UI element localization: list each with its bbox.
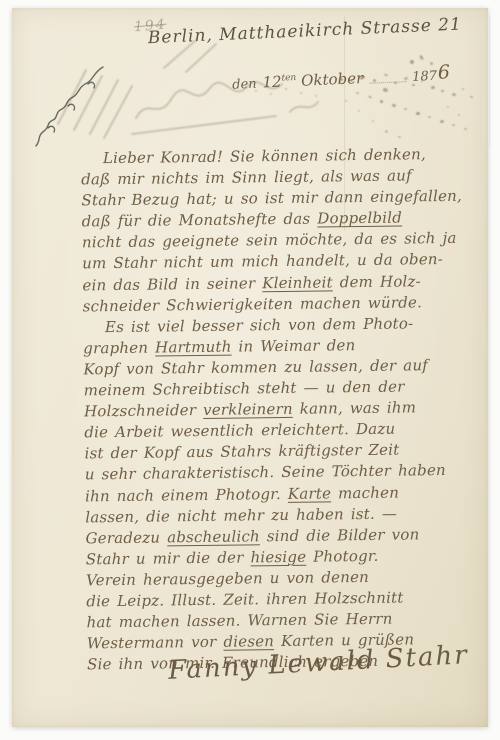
foxing-spot [458,114,460,116]
foxing-spot [356,92,359,94]
foxing-spot [339,78,343,81]
year-printed: 187 [412,69,437,85]
foxing-spot [452,124,455,127]
year-handwritten: 6 [437,61,450,84]
foxing-spot [373,79,376,82]
date-prefix-printed: den [232,77,257,93]
foxing-spot [416,112,420,115]
scanned-letter-photo: { "document": { "kind": "handwritten-let… [0,0,500,740]
foxing-spot [372,120,374,122]
pencil-annotation [28,58,128,150]
letter-body: Lieber Konrad! Sie können sich denken,da… [81,144,483,676]
foxing-spot [270,93,272,95]
fold-crease [489,16,491,146]
